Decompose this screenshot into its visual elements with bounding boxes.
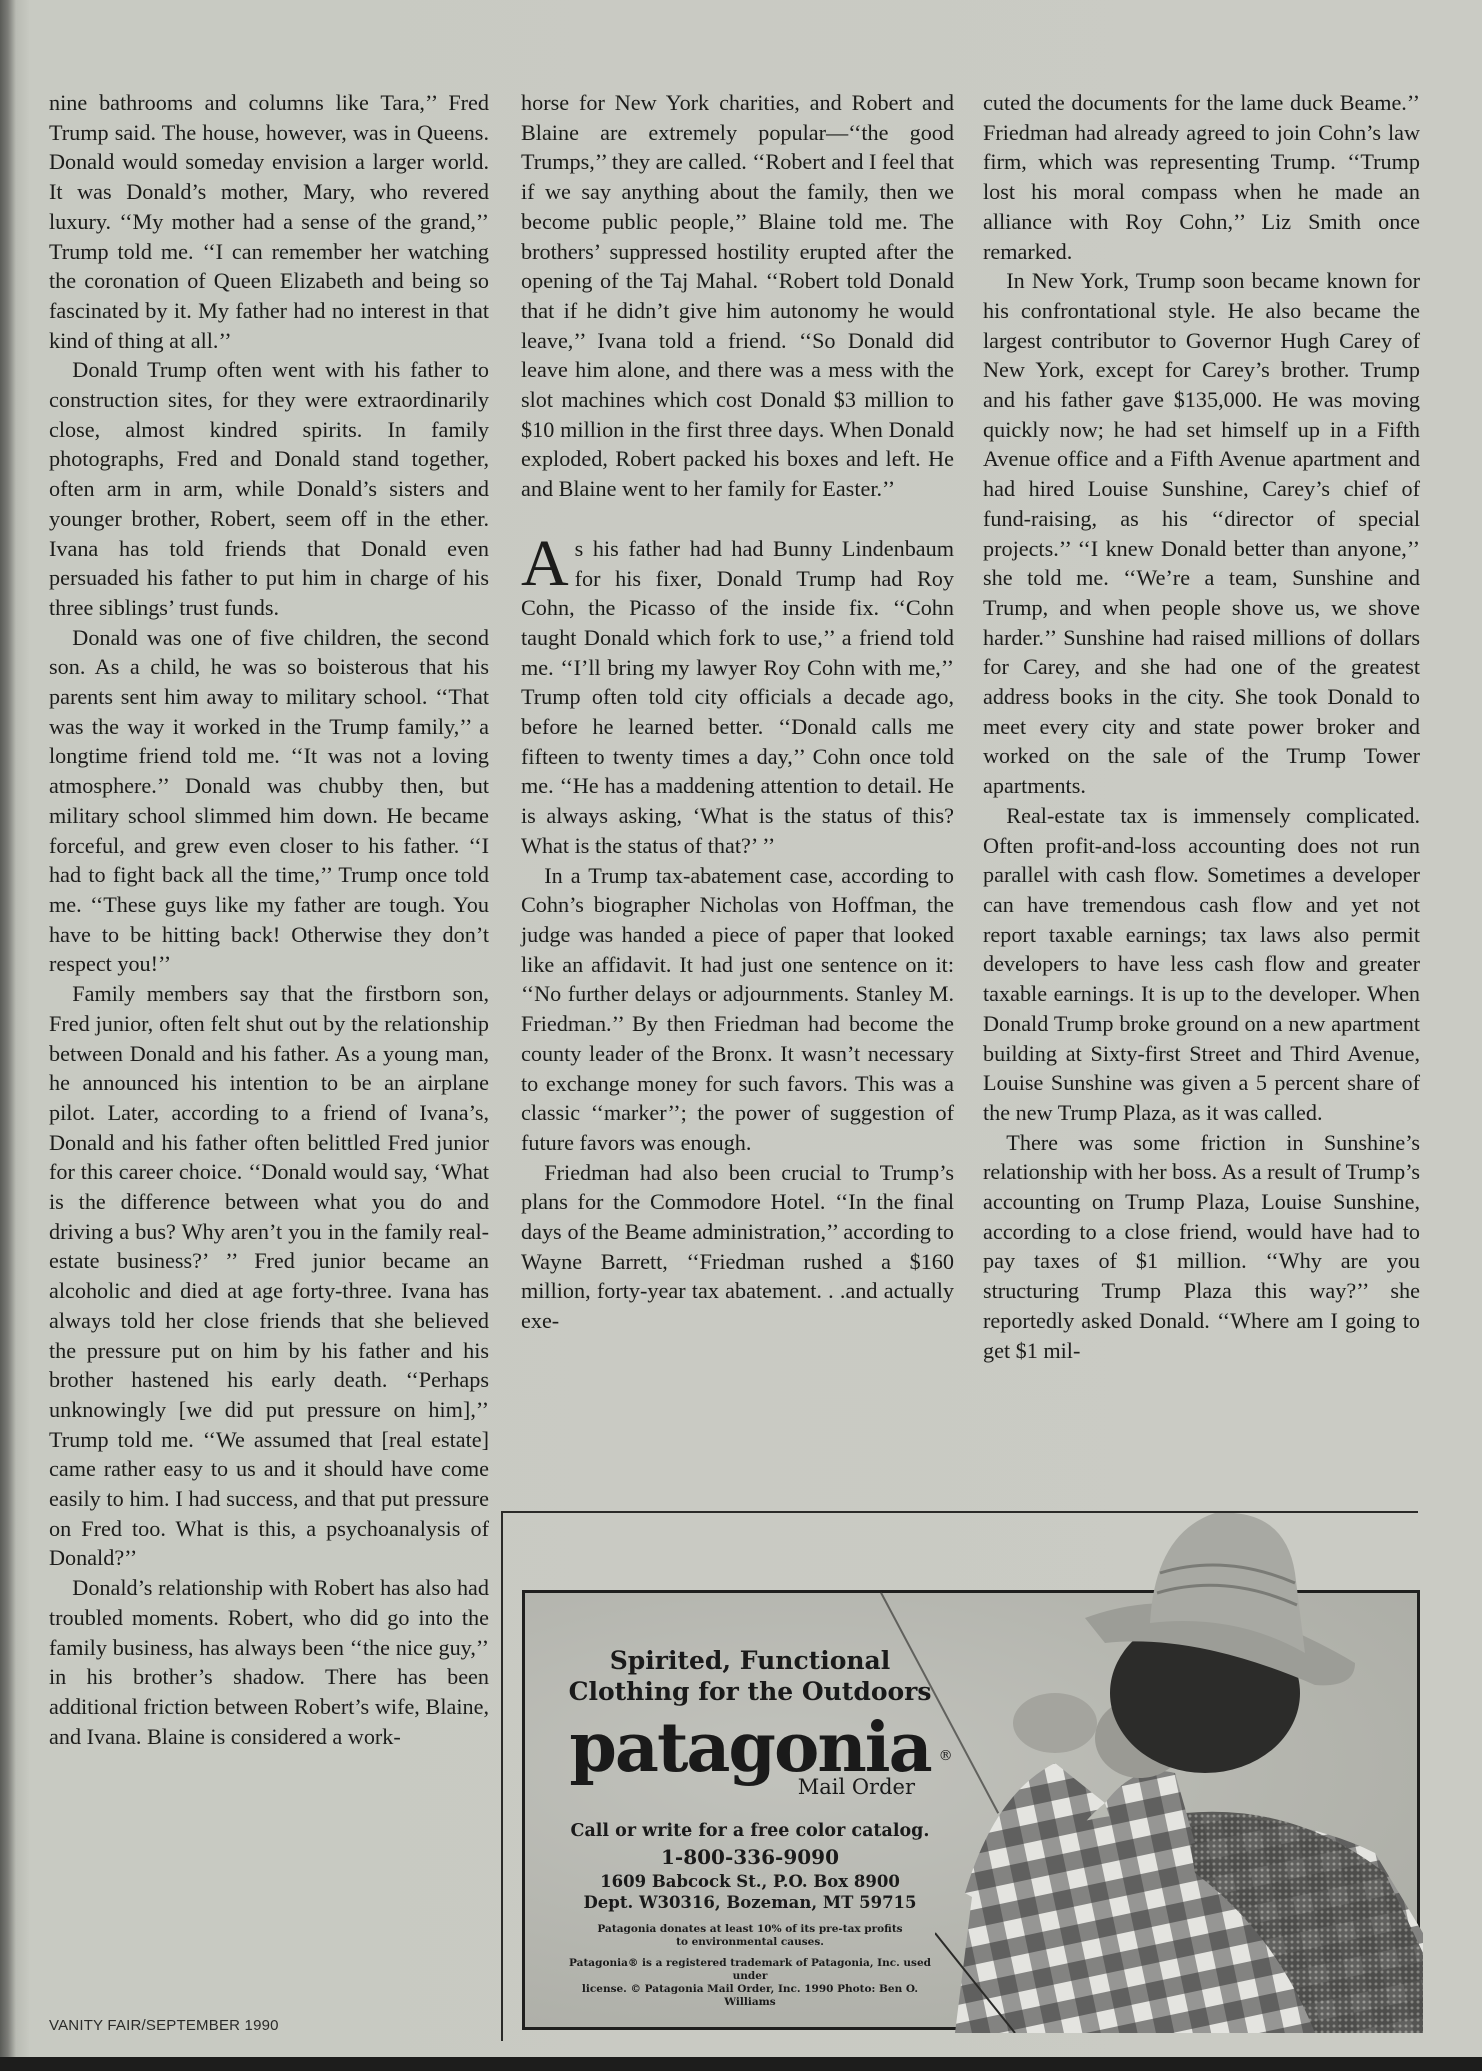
paragraph: Family members say that the firstborn so… (49, 979, 489, 1573)
ad-address-line-2: Dept. W30316, Bozeman, MT 59715 (555, 1892, 945, 1913)
paragraph: Donald’s relationship with Robert has al… (49, 1573, 489, 1751)
paragraph: nine bathrooms and columns like Tara,’’ … (49, 88, 489, 355)
paragraph: Donald Trump often went with his father … (49, 355, 489, 622)
paragraph-text: s his father had had Bunny Lindenbaum fo… (521, 536, 954, 858)
ad-donation-note: Patagonia donates at least 10% of its pr… (555, 1923, 945, 1949)
paragraph: In New York, Trump soon became known for… (983, 266, 1420, 801)
ad-headline-line-1: Spirited, Functional (555, 1645, 945, 1676)
paragraph: Friedman had also been crucial to Trump’… (521, 1158, 954, 1336)
section-break (521, 504, 954, 534)
logo-wordmark: patagonia (569, 1708, 930, 1788)
patagonia-logo: patagonia® (569, 1713, 930, 1783)
paragraph: Real-estate tax is immensely complicated… (983, 801, 1420, 1128)
ad-address-line-1: 1609 Babcock St., P.O. Box 8900 (555, 1871, 945, 1892)
ad-copy: Spirited, Functional Clothing for the Ou… (555, 1645, 945, 2009)
drop-cap: A (521, 538, 569, 590)
paragraph: There was some friction in Sunshine’s re… (983, 1128, 1420, 1366)
ad-phone-number: 1-800-336-9090 (555, 1845, 945, 1869)
vertical-rule (501, 1511, 503, 2041)
paragraph: horse for New York charities, and Robert… (521, 88, 954, 504)
page-footer: VANITY FAIR/SEPTEMBER 1990 (49, 2017, 279, 2034)
article-column-left: nine bathrooms and columns like Tara,’’ … (49, 88, 489, 1751)
ad-legal-line-1: Patagonia® is a registered trademark of … (555, 1957, 945, 1983)
paragraph: In a Trump tax-abatement case, according… (521, 861, 954, 1158)
section-opening-paragraph: As his father had had Bunny Lindenbaum f… (521, 534, 954, 861)
fisherman-photo (935, 1513, 1423, 2033)
patagonia-advertisement: Spirited, Functional Clothing for the Ou… (522, 1590, 1420, 2030)
ad-headline: Spirited, Functional Clothing for the Ou… (555, 1645, 945, 1707)
ad-donation-line-2: to environmental causes. (555, 1936, 945, 1949)
article-column-middle: horse for New York charities, and Robert… (521, 88, 954, 1336)
ad-legal-note: Patagonia® is a registered trademark of … (555, 1957, 945, 2009)
magazine-page: nine bathrooms and columns like Tara,’’ … (0, 0, 1482, 2071)
ad-call-to-action: Call or write for a free color catalog. (555, 1821, 945, 1841)
ad-address: 1609 Babcock St., P.O. Box 8900 Dept. W3… (555, 1871, 945, 1913)
scan-edge (0, 2057, 1482, 2071)
paragraph: cuted the documents for the lame duck Be… (983, 88, 1420, 266)
ad-headline-line-2: Clothing for the Outdoors (555, 1676, 945, 1707)
article-column-right: cuted the documents for the lame duck Be… (983, 88, 1420, 1365)
paragraph: Donald was one of five children, the sec… (49, 623, 489, 979)
ad-legal-line-2: license. © Patagonia Mail Order, Inc. 19… (555, 1983, 945, 2009)
ad-donation-line-1: Patagonia donates at least 10% of its pr… (555, 1923, 945, 1936)
